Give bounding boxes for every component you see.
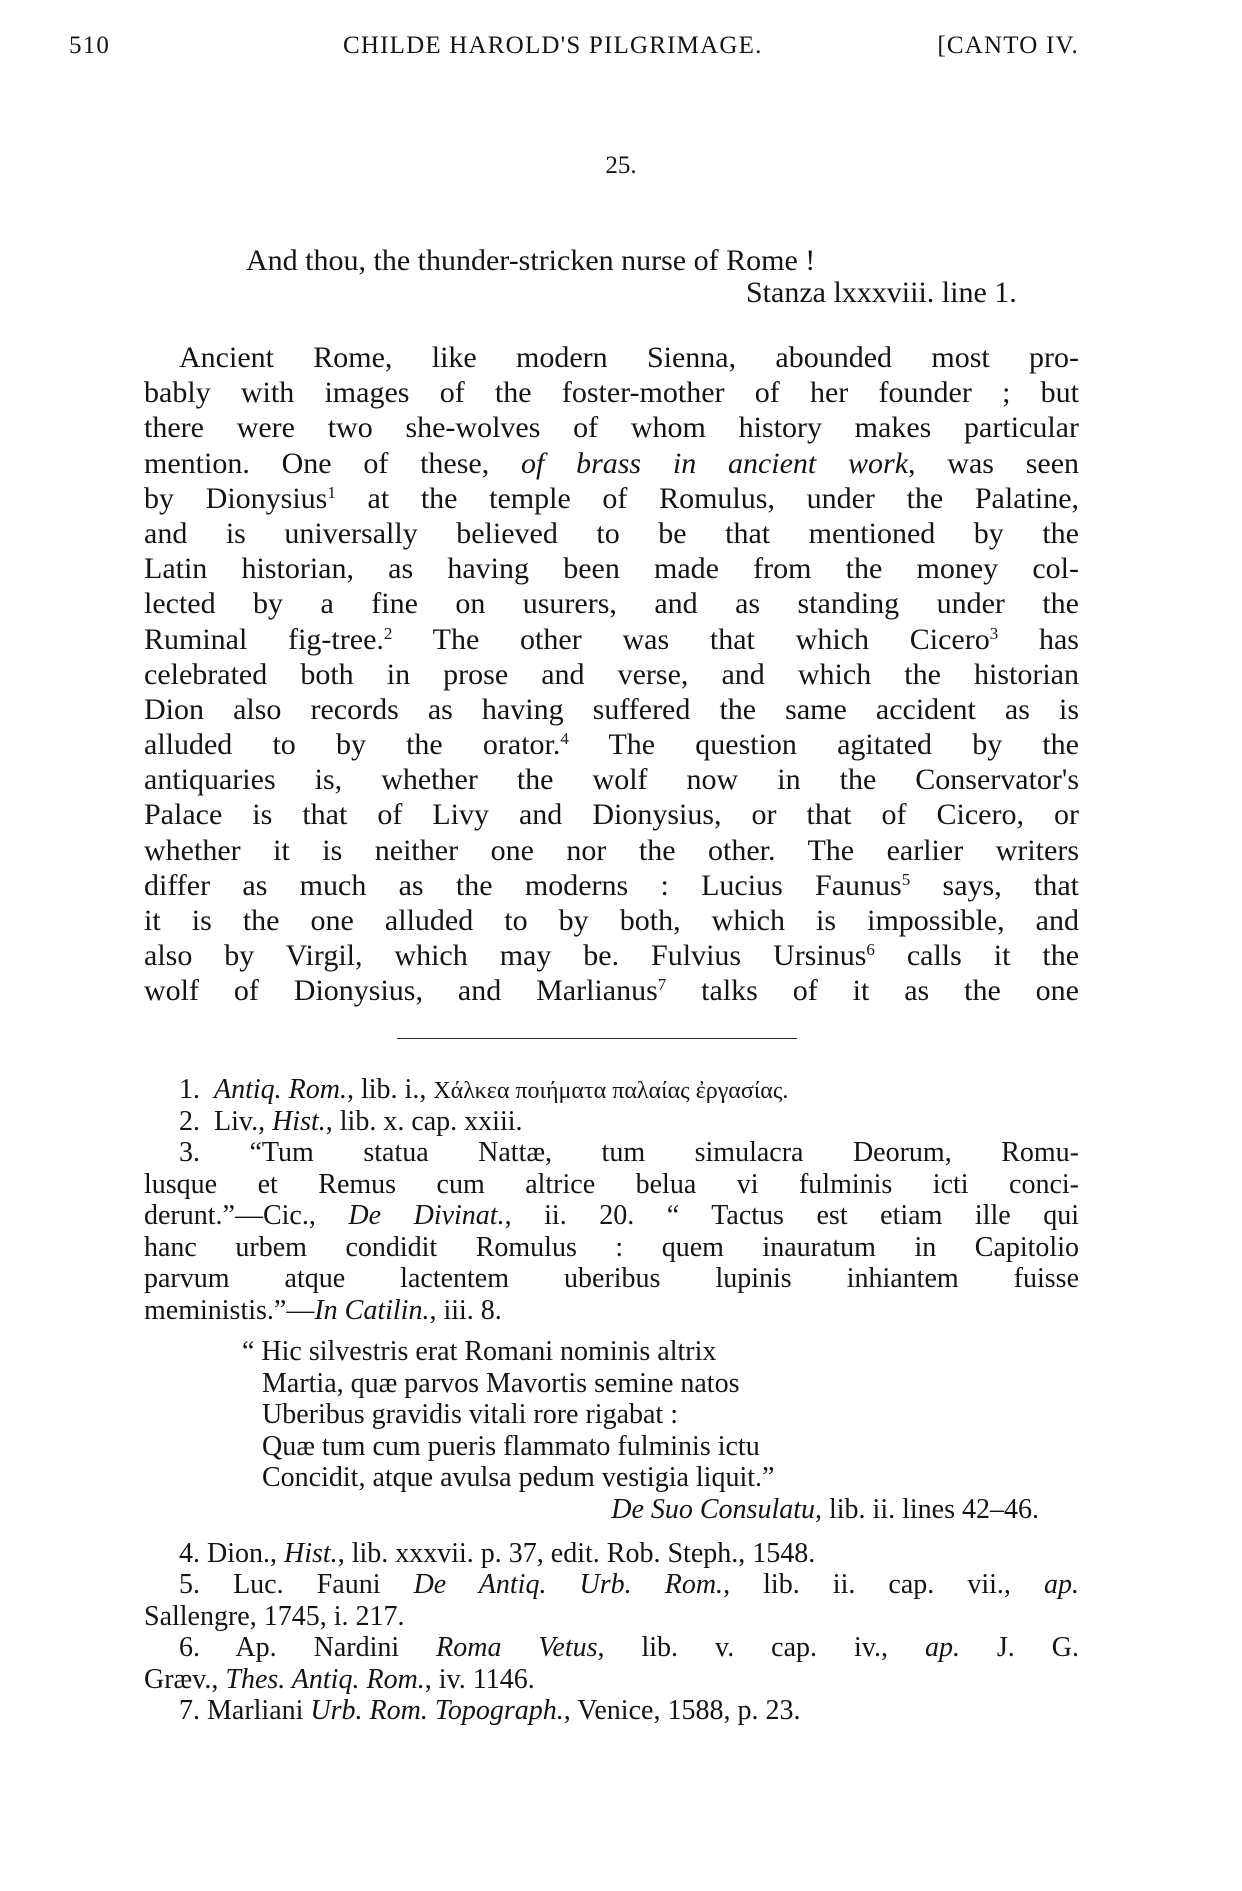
text-line: Dion also records as having suffered the… — [144, 692, 1079, 727]
verse-line: Quæ tum cum pueris flammato fulminis ict… — [144, 1431, 1079, 1463]
text-line: alluded to by the orator.4 The question … — [144, 727, 1079, 762]
text-line: Ancient Rome, like modern Sienna, abound… — [144, 340, 1079, 375]
text-line: and is universally believed to be that m… — [144, 516, 1079, 551]
footnote-1: 1. Antiq. Rom., lib. i., Χάλκεα ποιήματα… — [144, 1074, 1079, 1106]
running-title: CHILDE HAROLD'S PILGRIMAGE. — [343, 32, 763, 60]
text-line: antiquaries is, whether the wolf now in … — [144, 762, 1079, 797]
stanza-reference: Stanza lxxxviii. line 1. — [746, 276, 1017, 310]
text-line: mention. One of these, of brass in ancie… — [144, 446, 1079, 481]
text-line: by Dionysius1 at the temple of Romulus, … — [144, 481, 1079, 516]
text-line: differ as much as the moderns : Lucius F… — [144, 868, 1079, 903]
text-line: bably with images of the foster-mother o… — [144, 375, 1079, 410]
footnote-5: 5. Luc. Fauni De Antiq. Urb. Rom., lib. … — [144, 1569, 1079, 1632]
text-line: also by Virgil, which may be. Fulvius Ur… — [144, 938, 1079, 973]
verse-citation: De Suo Consulatu, lib. ii. lines 42–46. — [144, 1494, 1079, 1528]
running-header: 510 CHILDE HAROLD'S PILGRIMAGE. [CANTO I… — [69, 32, 1079, 72]
verse-line: Concidit, atque avulsa pedum vestigia li… — [144, 1462, 1079, 1494]
footnote-divider — [397, 1038, 797, 1039]
footnote-2: 2. Liv., Hist., lib. x. cap. xxiii. — [144, 1106, 1079, 1138]
text-line: Palace is that of Livy and Dionysius, or… — [144, 797, 1079, 832]
quoted-line: And thou, the thunder-stricken nurse of … — [246, 244, 815, 278]
text-line: lected by a fine on usurers, and as stan… — [144, 586, 1079, 621]
footnote-4: 4. Dion., Hist., lib. xxxvii. p. 37, edi… — [144, 1538, 1079, 1570]
footnote-marker: 6 — [866, 940, 875, 959]
text-line: it is the one alluded to by both, which … — [144, 903, 1079, 938]
text-line: Latin historian, as having been made fro… — [144, 551, 1079, 586]
footnote-marker: 4 — [560, 729, 569, 748]
footnote-6: 6. Ap. Nardini Roma Vetus, lib. v. cap. … — [144, 1632, 1079, 1695]
text-line: wolf of Dionysius, and Marlianus7 talks … — [144, 973, 1079, 1008]
canto-label: [CANTO IV. — [937, 32, 1079, 60]
text-line: whether it is neither one nor the other.… — [144, 833, 1079, 868]
footnote-marker: 3 — [990, 624, 999, 643]
footnote-marker: 7 — [658, 975, 667, 994]
commentary-paragraph: Ancient Rome, like modern Sienna, abound… — [144, 340, 1079, 1009]
verse-line: “ Hic silvestris erat Romani nominis alt… — [144, 1336, 1079, 1368]
footnote-marker: 5 — [902, 870, 911, 889]
text-line: Ruminal fig-tree.2 The other was that wh… — [144, 622, 1079, 657]
verse-line: Martia, quæ parvos Mavortis semine natos — [144, 1368, 1079, 1400]
verse-line: Uberibus gravidis vitali rore rigabat : — [144, 1399, 1079, 1431]
text-line: there were two she-wolves of whom histor… — [144, 410, 1079, 445]
page-number: 510 — [69, 32, 110, 60]
text-line: celebrated both in prose and verse, and … — [144, 657, 1079, 692]
footnote-marker: 1 — [327, 483, 336, 502]
footnote-7: 7. Marliani Urb. Rom. Topograph., Venice… — [144, 1695, 1079, 1727]
footnotes: 1. Antiq. Rom., lib. i., Χάλκεα ποιήματα… — [144, 1074, 1079, 1727]
note-number: 25. — [0, 152, 1242, 180]
footnote-3: 3. “Tum statua Nattæ, tum simulacra Deor… — [144, 1137, 1079, 1538]
